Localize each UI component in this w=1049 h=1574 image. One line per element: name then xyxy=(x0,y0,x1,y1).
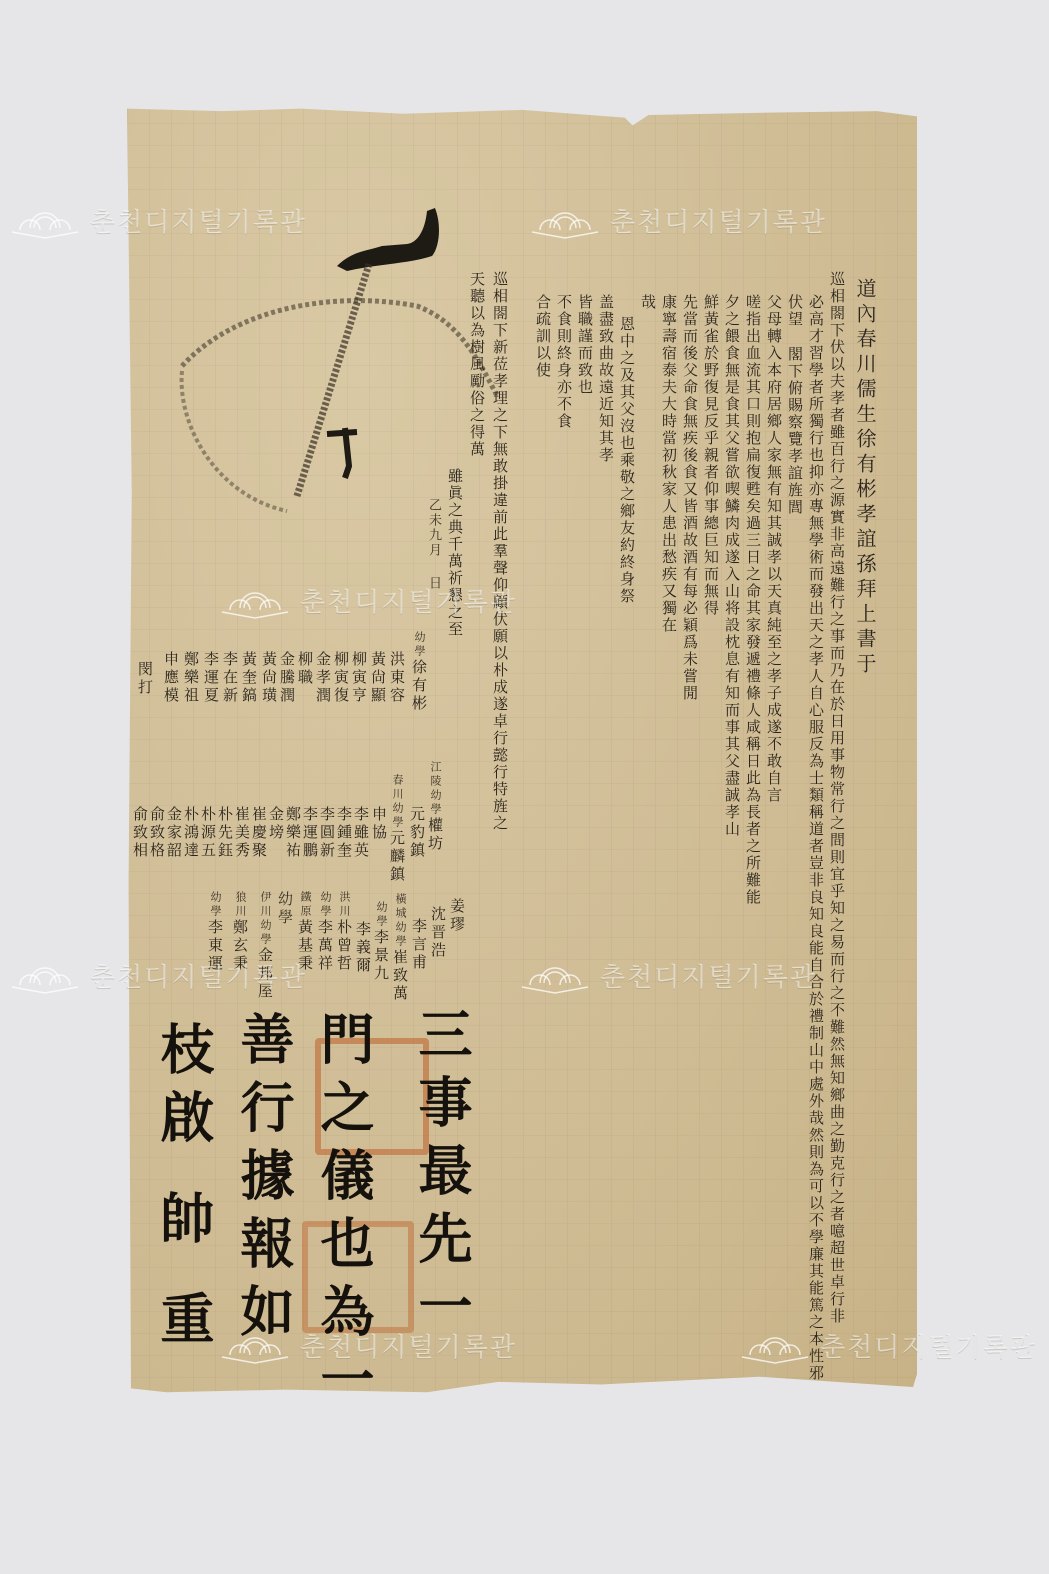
endorsement-column: 善行據報如 xyxy=(237,1011,291,1351)
watermark-text: 춘천디지털기록관 xyxy=(300,1327,517,1364)
watermark: 춘천디지털기록관 xyxy=(220,1325,517,1365)
endorsement-column: 三事最先一 xyxy=(415,1006,469,1346)
signatory: 洪川朴曾哲 xyxy=(336,891,351,973)
signatory: 閔打 xyxy=(137,661,152,697)
watermark-text: 춘천디지털기록관 xyxy=(820,1327,1037,1364)
watermark: 춘천디지털기록관 xyxy=(530,200,827,240)
signatory: 黃奎鎬 xyxy=(241,651,256,705)
signatory: 朴鴻達 xyxy=(183,806,198,860)
body-column: 夕之餵食無是食其父嘗欲喫鱗肉成遂入山将設枕息有知而事其父盡誠孝山 xyxy=(724,294,739,838)
signatory: 橫城幼學崔致萬 xyxy=(392,893,407,1003)
archive-logo-icon xyxy=(10,200,80,240)
signatory: 柳寅復 xyxy=(333,651,348,705)
signatory: 洪東容 xyxy=(389,651,404,705)
signatory: 申應模 xyxy=(163,651,178,705)
signatory-role: 幼學 xyxy=(277,891,292,927)
archive-logo-icon xyxy=(520,955,590,995)
body-column: 康寧壽宿泰夫大時當初秋家人患出愁疾又獨在 xyxy=(661,294,676,634)
archive-logo-icon xyxy=(220,1325,290,1365)
signatory: 崔美秀 xyxy=(234,806,249,860)
archive-logo-icon xyxy=(530,200,600,240)
watermark: 춘천디지털기록관 xyxy=(220,580,517,620)
signatory: 李運鵬 xyxy=(302,806,317,860)
body-column: 伏望 xyxy=(787,294,802,328)
signatory: 鄭樂祐 xyxy=(285,806,300,860)
signatory: 申協 xyxy=(371,806,386,842)
document-title: 道內春川儒生徐有彬孝誼孫拜上書于 xyxy=(855,278,875,698)
signatory: 李言甫 xyxy=(411,918,426,972)
signatory: 沈晋浩 xyxy=(430,906,445,960)
archive-logo-icon xyxy=(740,1325,810,1365)
signatory: 俞致相 xyxy=(132,806,147,860)
signatory: 金騰潤 xyxy=(279,651,294,705)
signatory: 春川幼學元麟鎮 xyxy=(389,774,404,884)
signatory: 李義爾 xyxy=(355,921,370,975)
watermark-text: 춘천디지털기록관 xyxy=(610,202,827,239)
signatory: 姜璆 xyxy=(449,898,464,934)
signatory: 黃尙顯 xyxy=(370,651,385,705)
watermark-text: 춘천디지털기록관 xyxy=(90,202,307,239)
archive-logo-icon xyxy=(10,955,80,995)
body-column: 必高才習學者所獨行也抑亦專無學術而發出天之孝人自心服反為士類稱道者豈非良知良能自… xyxy=(808,294,823,1382)
watermark: 춘천디지털기록관 xyxy=(740,1325,1037,1365)
signatory: 俞致格 xyxy=(149,806,164,860)
signatory: 鄭樂祖 xyxy=(183,651,198,705)
closing-date: 乙未九月 xyxy=(427,498,440,558)
body-column: 合疏訓以使 xyxy=(535,294,550,379)
signatory: 幼學徐有彬 xyxy=(411,631,426,713)
signatory: 李運夏 xyxy=(203,651,218,705)
body-column: 皆職謹而致也 xyxy=(577,294,592,396)
signatory: 朴源五 xyxy=(200,806,215,860)
signatory: 崔慶聚 xyxy=(251,806,266,860)
signatory: 黃尙璜 xyxy=(261,651,276,705)
signatory: 李雖英 xyxy=(353,806,368,860)
signatory: 李在新 xyxy=(222,651,237,705)
signatory: 幼學李景九 xyxy=(373,901,388,983)
signatory: 柳職 xyxy=(297,651,312,687)
signatory: 金塝 xyxy=(268,806,283,842)
body-column: 父母轉入本府居鄉人家無有知其誠孝以天真純至之孝子成遂不敢自言 xyxy=(766,294,781,804)
signatory: 金家韶 xyxy=(166,806,181,860)
signatory: 金孝潤 xyxy=(315,651,330,705)
watermark: 춘천디지털기록관 xyxy=(10,955,307,995)
watermark-text: 춘천디지털기록관 xyxy=(300,582,517,619)
body-column: 恩中之及其父沒也乘敬之鄉友約終身祭 xyxy=(619,316,634,605)
signatory: 江陵幼學權坊 xyxy=(427,761,442,853)
signatory: 李圓新 xyxy=(319,806,334,860)
body-column: 天聽以為樹風勵俗之得萬 xyxy=(469,271,484,458)
watermark-text: 춘천디지털기록관 xyxy=(600,957,817,994)
body-column: 嗟指出血流其口則抱扁復甦矣過三日之命其家發遞禮條人咸稱日此為長者之所難能 xyxy=(745,294,760,906)
signatory: 幼學李萬祥 xyxy=(317,891,332,973)
watermark: 춘천디지털기록관 xyxy=(520,955,817,995)
signatory: 朴先鈺 xyxy=(217,806,232,860)
watermark-text: 춘천디지털기록관 xyxy=(90,957,307,994)
signatory: 李鍾奎 xyxy=(336,806,351,860)
document-paper: 道內春川儒生徐有彬孝誼孫拜上書于 巡相閤下伏以夫孝者雖百行之源實非高遠難行之事而… xyxy=(127,106,917,1400)
body-column: 不食則終身亦不食 xyxy=(556,294,571,430)
body-column: 盖盡致曲故遠近知其孝 xyxy=(598,294,613,464)
watermark: 춘천디지털기록관 xyxy=(10,200,307,240)
signatory: 元豹鎮 xyxy=(409,806,424,860)
body-column: 巡相閤下新莅孝理之下無敢掛違前此羣聲仰顧伏願以朴成遂卓行懿行特旌之 xyxy=(492,271,507,832)
endorsement-column: 枝啟 帥 重 xyxy=(157,1021,211,1359)
signatory: 柳寅亨 xyxy=(351,651,366,705)
body-column: 閣下俯賜察覽孝誼旌閭 xyxy=(787,346,802,516)
body-column: 鮮黃雀於野復見反乎親者仰事總巨知而無得 xyxy=(703,294,718,617)
body-column: 巡相閤下伏以夫孝者雖百行之源實非高遠難行之事而乃在於日用事物常行之間則宜乎知之易… xyxy=(829,271,844,1325)
body-column: 哉 xyxy=(640,294,655,311)
body-column: 先當而後父命食無疾後食又皆酒故酒有每必穎爲未嘗閒 xyxy=(682,294,697,702)
archive-logo-icon xyxy=(220,580,290,620)
